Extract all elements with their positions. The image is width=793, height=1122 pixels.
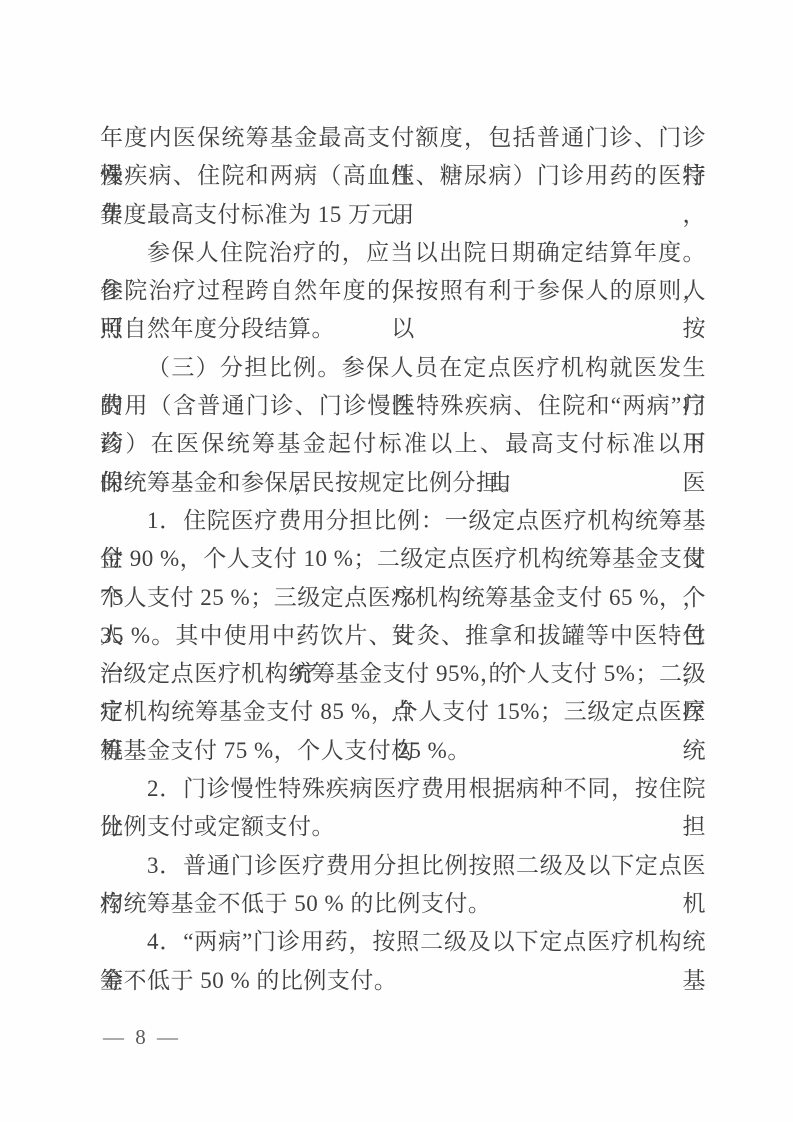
text-line: 3．普通门诊医疗费用分担比例按照二级及以下定点医疗机: [100, 847, 706, 885]
document-body: 年度内医保统筹基金最高支付额度，包括普通门诊、门诊慢性特殊疾病、住院和两病（高血…: [100, 119, 706, 1000]
text-line: 年度内医保统筹基金最高支付额度，包括普通门诊、门诊慢性特: [100, 119, 706, 157]
page-number: — 8 —: [103, 1022, 181, 1052]
text-line: 住院治疗过程跨自然年度的，按照有利于参保人的原则，可以按: [100, 272, 706, 310]
text-line: 35 %。其中使用中药饮片、针灸、推拿和拔罐等中医特色治疗的，: [100, 617, 706, 655]
text-line: 疗机构统筹基金支付 85 %，个人支付 15%；三级定点医疗机构统: [100, 693, 706, 731]
text-line: 2．门诊慢性特殊疾病医疗费用根据病种不同，按住院分担: [100, 770, 706, 808]
text-line: 付 90 %，个人支付 10 %；二级定点医疗机构统筹基金支付 75 %，: [100, 540, 706, 578]
text-line: 1．住院医疗费用分担比例：一级定点医疗机构统筹基金支: [100, 502, 706, 540]
text-line: （三）分担比例。参保人员在定点医疗机构就医发生的医疗: [100, 349, 706, 387]
text-line: 一级定点医疗机构统筹基金支付 95%，个人支付 5%；二级定点医: [100, 655, 706, 693]
document-page: 年度内医保统筹基金最高支付额度，包括普通门诊、门诊慢性特殊疾病、住院和两病（高血…: [0, 0, 793, 1122]
text-line: 参保人住院治疗的，应当以出院日期确定结算年度。参保人: [100, 234, 706, 272]
text-line: 4．“两病”门诊用药，按照二级及以下定点医疗机构统筹基: [100, 923, 706, 961]
text-line: 殊疾病、住院和两病（高血压、糖尿病）门诊用药的医疗费用，: [100, 157, 706, 195]
text-line: 费用（含普通门诊、门诊慢性特殊疾病、住院和“两病”门诊用: [100, 387, 706, 425]
text-line: 药）在医保统筹基金起付标准以上、最高支付标准以下的，由医: [100, 425, 706, 463]
text-line: 个人支付 25 %；三级定点医疗机构统筹基金支付 65 %，个人支付: [100, 579, 706, 617]
